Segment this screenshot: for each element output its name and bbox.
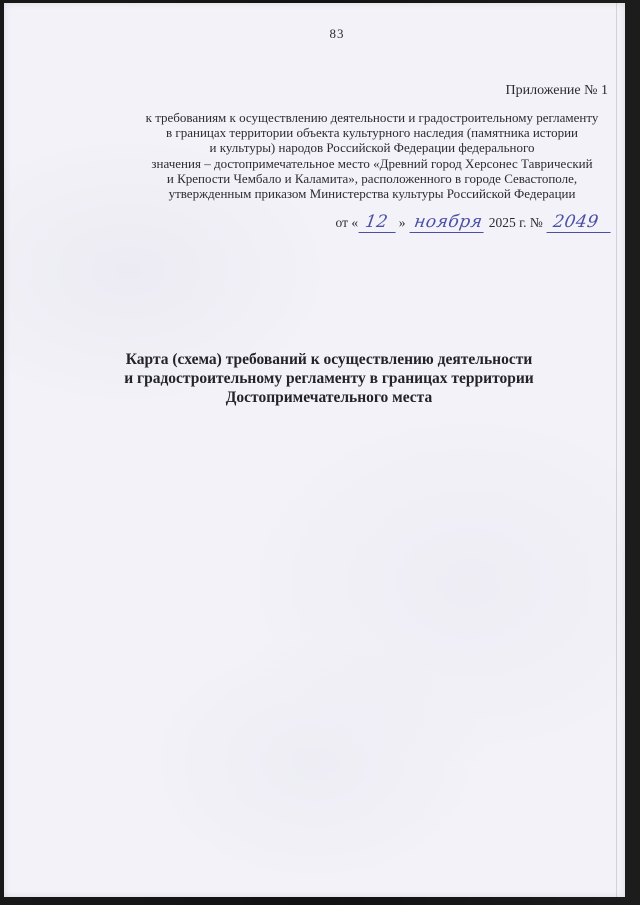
scan-background: 83 Приложение № 1 к требованиям к осущес… [0,0,640,905]
handwritten-month: ноября [409,214,486,233]
page-fold-line [616,3,617,897]
title-line: и градостроительному регламенту в границ… [33,369,625,388]
reference-line: значения – достопримечательное место «Др… [92,156,640,171]
handwritten-day: 12 [359,214,399,233]
page-number: 83 [322,26,352,42]
date-year-and-number-sign: 2025 г. № [489,215,543,231]
title-line: Достопримечательного места [33,388,625,407]
order-date-line: от «12»ноября2025 г. №2049 [336,214,613,233]
appendix-label: Приложение № 1 [506,83,609,99]
reference-line: утвержденным приказом Министерства культ… [92,186,640,201]
date-close-quote: » [399,215,406,231]
reference-line: в границах территории объекта культурног… [92,125,640,140]
reference-line: и культуры) народов Российской Федерации… [92,140,640,155]
appendix-reference-block: к требованиям к осуществлению деятельнос… [92,110,640,201]
date-prefix: от « [336,215,359,231]
document-page: 83 Приложение № 1 к требованиям к осущес… [4,3,625,897]
reference-line: и Крепости Чембало и Каламита», располож… [92,171,640,186]
handwritten-order-number: 2049 [546,214,613,233]
title-line: Карта (схема) требований к осуществлению… [33,350,625,369]
reference-line: к требованиям к осуществлению деятельнос… [92,110,640,125]
document-title: Карта (схема) требований к осуществлению… [33,350,625,407]
